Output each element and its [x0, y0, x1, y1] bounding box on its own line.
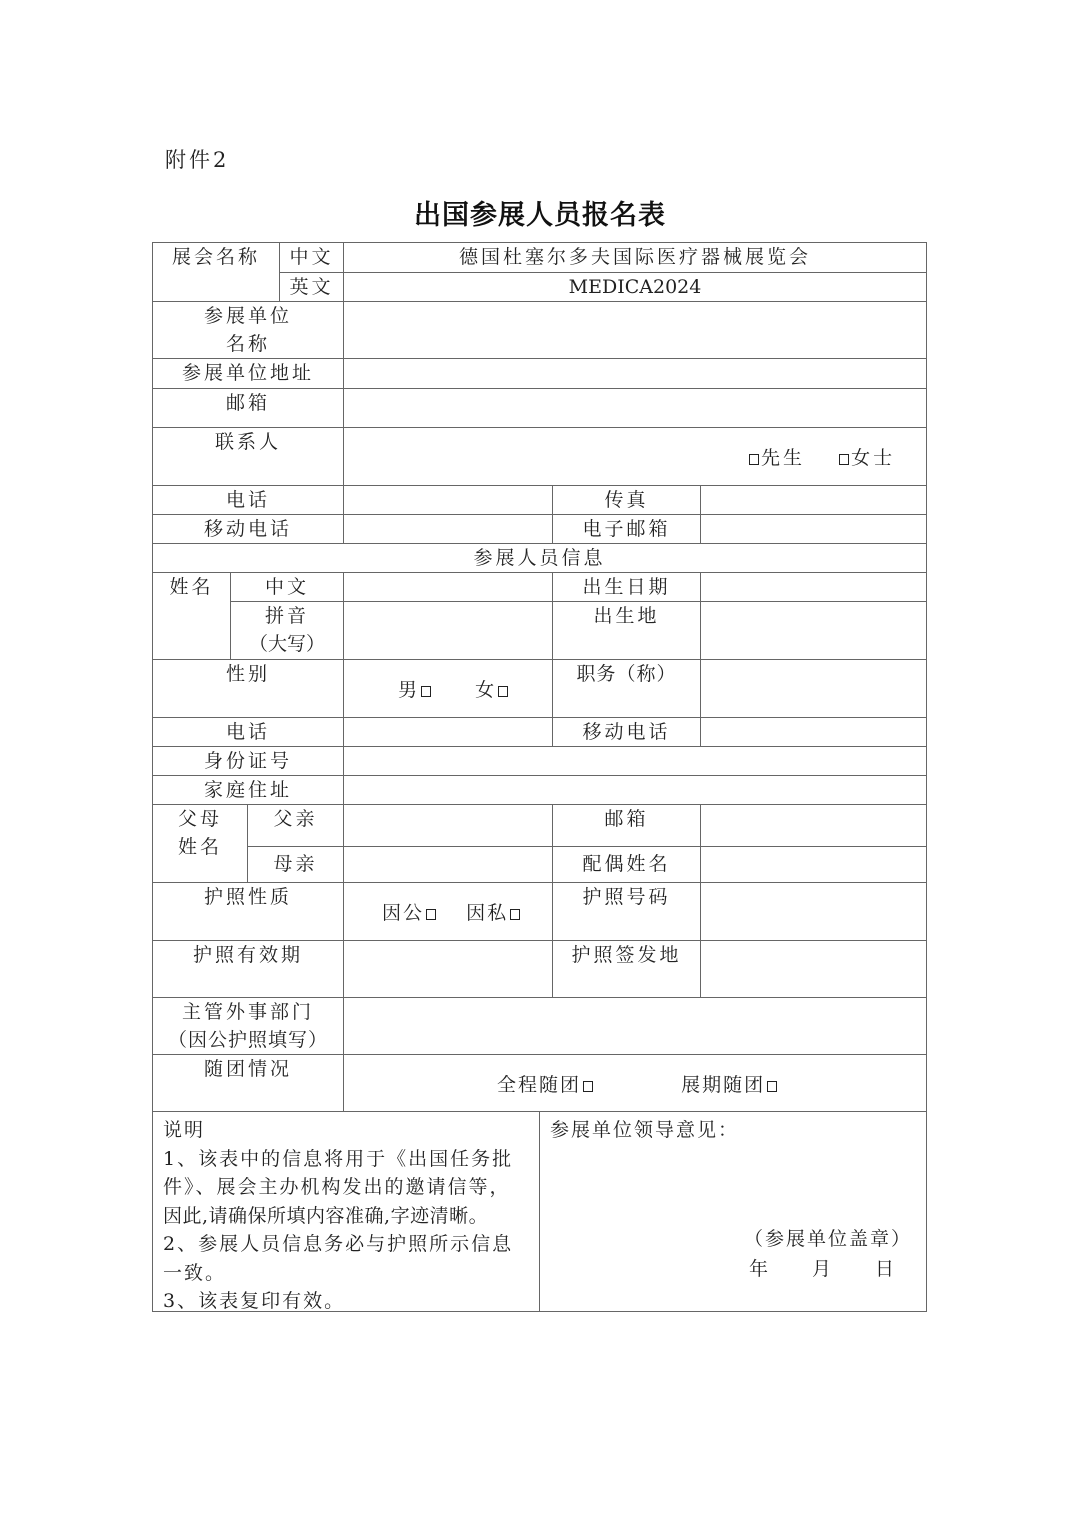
ms-checkbox[interactable]: [839, 454, 849, 465]
company-email-field[interactable]: [700, 514, 927, 544]
position-field[interactable]: [700, 659, 927, 718]
parents-label: 父母 姓名: [152, 804, 248, 883]
pinyin-label: 拼音 （大写）: [230, 601, 344, 660]
home-address-field[interactable]: [343, 775, 927, 805]
mother-label: 母亲: [247, 846, 344, 883]
name-label: 姓名: [152, 572, 231, 660]
company-mobile-field[interactable]: [343, 514, 553, 544]
company-mobile-label: 移动电话: [152, 514, 344, 544]
group-exhibition-label: 展期随团: [681, 1074, 765, 1096]
name-cn-label: 中文: [230, 572, 344, 602]
passport-validity-label: 护照有效期: [152, 940, 344, 998]
notes-line-4: 2、参展人员信息务必与护照所示信息: [163, 1230, 529, 1259]
pinyin-field[interactable]: [343, 601, 553, 660]
ms-label: 女士: [851, 447, 895, 469]
position-label: 职务（称）: [552, 659, 701, 718]
exhibition-en-label: 英文: [279, 272, 344, 302]
contact-field[interactable]: 先生 女士: [343, 427, 927, 486]
contact-label: 联系人: [152, 427, 344, 486]
parents-label-2: 姓名: [153, 833, 247, 861]
company-name-label-2: 名称: [153, 330, 343, 358]
approval-box[interactable]: 参展单位领导意见： （参展单位盖章） 年 月 日: [539, 1111, 927, 1312]
notes-line-3: 因此,请确保所填内容准确,字迹清晰。: [163, 1202, 529, 1231]
company-name-label: 参展单位 名称: [152, 301, 344, 359]
notes-line-2: 件》、展会主办机构发出的邀请信等，: [163, 1173, 529, 1202]
group-exhibition-checkbox[interactable]: [767, 1081, 777, 1092]
birthplace-field[interactable]: [700, 601, 927, 660]
company-fax-field[interactable]: [700, 485, 927, 515]
group-label: 随团情况: [152, 1054, 344, 1112]
birthdate-field[interactable]: [700, 572, 927, 602]
exhibition-en-value[interactable]: MEDICA2024: [343, 272, 927, 302]
passport-type-field: 因公 因私: [343, 882, 553, 941]
foreign-affairs-label: 主管外事部门 （因公护照填写）: [152, 997, 344, 1055]
personal-mobile-field[interactable]: [700, 717, 927, 747]
foreign-affairs-label-2: （因公护照填写）: [153, 1026, 343, 1054]
form-title: 出国参展人员报名表: [0, 193, 1080, 232]
company-phone-field[interactable]: [343, 485, 553, 515]
male-label: 男: [398, 679, 419, 701]
company-name-label-1: 参展单位: [153, 302, 343, 330]
exhibition-cn-label: 中文: [279, 242, 344, 273]
notes-line-1: 1、该表中的信息将用于《出国任务批: [163, 1145, 529, 1174]
birthdate-label: 出生日期: [552, 572, 701, 602]
passport-private-checkbox[interactable]: [510, 909, 520, 920]
company-email-label: 电子邮箱: [552, 514, 701, 544]
id-field[interactable]: [343, 746, 927, 776]
exhibition-label: 展会名称: [152, 242, 280, 302]
pinyin-label-1: 拼音: [231, 602, 343, 630]
company-postcode-field[interactable]: [343, 388, 927, 428]
personal-postcode-field[interactable]: [700, 804, 927, 847]
company-postcode-label: 邮箱: [152, 388, 344, 428]
passport-public-checkbox[interactable]: [426, 909, 436, 920]
exhibition-cn-value[interactable]: 德国杜塞尔多夫国际医疗器械展览会: [343, 242, 927, 273]
group-field: 全程随团 展期随团: [343, 1054, 927, 1112]
foreign-affairs-field[interactable]: [343, 997, 927, 1055]
passport-public-label: 因公: [382, 902, 424, 924]
personnel-section-title: 参展人员信息: [152, 543, 927, 573]
parents-label-1: 父母: [153, 805, 247, 833]
notes-heading: 说明: [163, 1116, 529, 1145]
passport-type-label: 护照性质: [152, 882, 344, 941]
company-address-label: 参展单位地址: [152, 358, 344, 389]
date-label: 年 月 日: [749, 1255, 896, 1284]
mother-field[interactable]: [343, 846, 553, 883]
passport-validity-field[interactable]: [343, 940, 553, 998]
notes-box: 说明 1、该表中的信息将用于《出国任务批 件》、展会主办机构发出的邀请信等， 因…: [152, 1111, 540, 1312]
passport-no-field[interactable]: [700, 882, 927, 941]
passport-issue-place-label: 护照签发地: [552, 940, 701, 998]
exhibition-label-text: 展会名称: [172, 246, 260, 268]
pinyin-label-2: （大写）: [231, 630, 343, 658]
personal-phone-label: 电话: [152, 717, 344, 747]
spouse-label: 配偶姓名: [552, 846, 701, 883]
spouse-field[interactable]: [700, 846, 927, 883]
group-full-checkbox[interactable]: [583, 1081, 593, 1092]
mr-checkbox[interactable]: [749, 454, 759, 465]
seal-label: （参展单位盖章）: [744, 1225, 912, 1254]
company-phone-label: 电话: [152, 485, 344, 515]
passport-private-label: 因私: [466, 902, 508, 924]
company-address-field[interactable]: [343, 358, 927, 389]
company-name-field[interactable]: [343, 301, 927, 359]
personal-postcode-label: 邮箱: [552, 804, 701, 847]
birthplace-label: 出生地: [552, 601, 701, 660]
female-checkbox[interactable]: [498, 686, 508, 697]
company-fax-label: 传真: [552, 485, 701, 515]
approval-label: 参展单位领导意见：: [550, 1116, 916, 1145]
father-label: 父亲: [247, 804, 344, 847]
personal-phone-field[interactable]: [343, 717, 553, 747]
registration-form: 展会名称 中文 德国杜塞尔多夫国际医疗器械展览会 英文 MEDICA2024 参…: [153, 243, 927, 1312]
notes-line-5: 一致。: [163, 1259, 529, 1288]
gender-field: 男 女: [343, 659, 553, 718]
personal-mobile-label: 移动电话: [552, 717, 701, 747]
group-full-label: 全程随团: [497, 1074, 581, 1096]
notes-line-6: 3、该表复印有效。: [163, 1287, 529, 1316]
foreign-affairs-label-1: 主管外事部门: [153, 998, 343, 1026]
mr-label: 先生: [761, 447, 805, 469]
passport-issue-place-field[interactable]: [700, 940, 927, 998]
attachment-label: 附件2: [165, 144, 229, 174]
father-field[interactable]: [343, 804, 553, 847]
gender-label: 性别: [152, 659, 344, 718]
female-label: 女: [475, 679, 496, 701]
name-cn-field[interactable]: [343, 572, 553, 602]
male-checkbox[interactable]: [421, 686, 431, 697]
passport-no-label: 护照号码: [552, 882, 701, 941]
id-label: 身份证号: [152, 746, 344, 776]
home-address-label: 家庭住址: [152, 775, 344, 805]
